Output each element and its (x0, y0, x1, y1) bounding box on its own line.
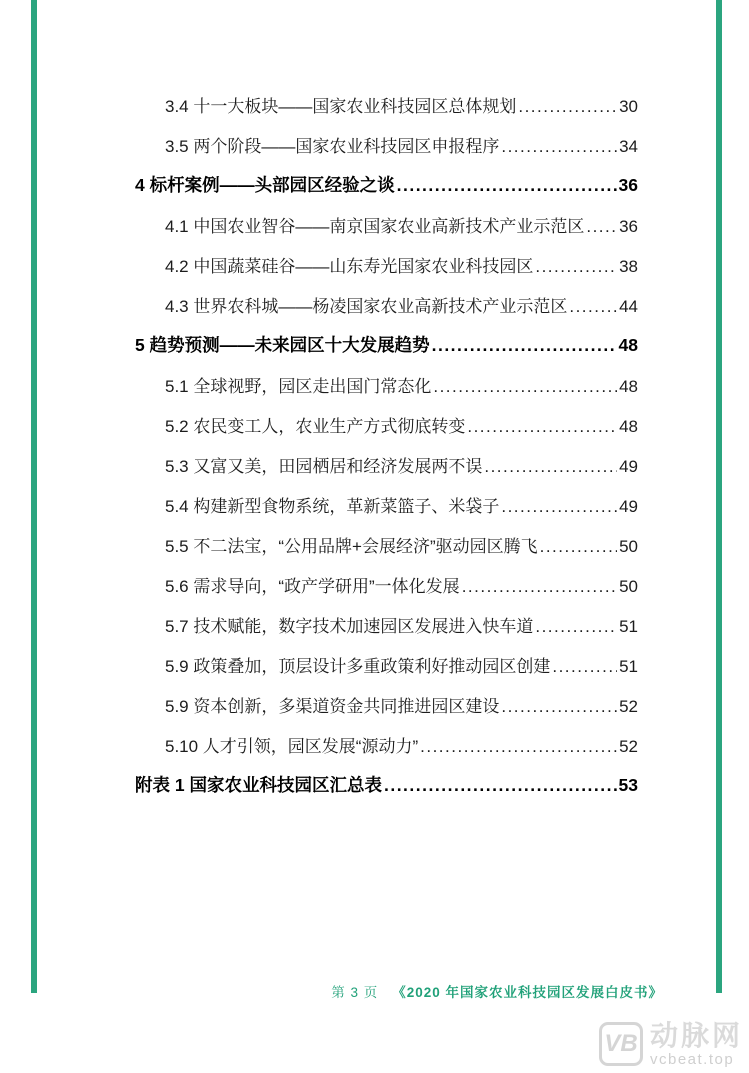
toc-leader-dots (432, 335, 617, 356)
toc-leader-dots (484, 457, 617, 477)
toc-entry[interactable]: 附表 1 国家农业科技园区汇总表 53 (135, 772, 638, 812)
toc-entry-title: 4 标杆案例——头部园区经验之谈 (135, 172, 395, 197)
right-accent-bar (716, 0, 722, 993)
vcbeat-logo-icon: VB (599, 1022, 643, 1066)
watermark-brand: 动脉网 (650, 1022, 743, 1050)
toc-entry-title: 4.1 中国农业智谷——南京国家农业高新技术产业示范区 (165, 212, 584, 237)
watermark-site: vcbeat.top (650, 1052, 743, 1067)
toc-leader-dots (467, 417, 617, 437)
toc-entry[interactable]: 5.7 技术赋能，数字技术加速园区发展进入快车道 51 (135, 612, 638, 652)
toc-entry-title: 5.5 不二法宝，“公用品牌+会展经济”驱动园区腾飞 (165, 532, 538, 557)
toc-entry[interactable]: 5.5 不二法宝，“公用品牌+会展经济”驱动园区腾飞 50 (135, 532, 638, 572)
toc-entry[interactable]: 5.9 资本创新，多渠道资金共同推进园区建设 52 (135, 692, 638, 732)
watermark-text: 动脉网 vcbeat.top (650, 1022, 743, 1067)
toc-entry[interactable]: 4.2 中国蔬菜硅谷——山东寿光国家农业科技园区 38 (135, 252, 638, 292)
vcbeat-logo-letters: VB (604, 1030, 637, 1058)
toc-leader-dots (569, 297, 617, 317)
toc-leader-dots (540, 537, 617, 557)
toc-entry[interactable]: 3.4 十一大板块——国家农业科技园区总体规划 30 (135, 92, 638, 132)
toc-entry-page: 52 (619, 697, 638, 717)
toc-entry-page: 44 (619, 297, 638, 317)
toc-entry[interactable]: 3.5 两个阶段——国家农业科技园区申报程序 34 (135, 132, 638, 172)
toc-entry-title: 5.9 资本创新，多渠道资金共同推进园区建设 (165, 692, 499, 717)
toc-entry[interactable]: 4 标杆案例——头部园区经验之谈 36 (135, 172, 638, 212)
toc-entry-page: 34 (619, 137, 638, 157)
toc-leader-dots (501, 497, 617, 517)
toc-entry[interactable]: 5.9 政策叠加，顶层设计多重政策利好推动园区创建 51 (135, 652, 638, 692)
toc-entry[interactable]: 5.6 需求导向，“政产学研用”一体化发展 50 (135, 572, 638, 612)
toc-entry-title: 5.9 政策叠加，顶层设计多重政策利好推动园区创建 (165, 652, 550, 677)
footer-book-title: 《2020 年国家农业科技园区发展白皮书》 (392, 985, 663, 1000)
toc-entry-page: 52 (619, 737, 638, 757)
table-of-contents: 3.4 十一大板块——国家农业科技园区总体规划 30 3.5 两个阶段——国家农… (135, 92, 638, 812)
toc-entry-title: 5.1 全球视野，园区走出国门常态化 (165, 372, 431, 397)
toc-leader-dots (397, 175, 617, 196)
page-footer: 第 3 页《2020 年国家农业科技园区发展白皮书》 (0, 981, 749, 1001)
toc-leader-dots (501, 137, 617, 157)
toc-leader-dots (462, 577, 617, 597)
left-accent-bar (31, 0, 37, 993)
toc-leader-dots (384, 775, 617, 796)
toc-entry[interactable]: 4.3 世界农科城——杨凌国家农业高新技术产业示范区 44 (135, 292, 638, 332)
toc-entry-title: 4.2 中国蔬菜硅谷——山东寿光国家农业科技园区 (165, 252, 533, 277)
toc-entry-title: 4.3 世界农科城——杨凌国家农业高新技术产业示范区 (165, 292, 567, 317)
vcbeat-watermark: VB 动脉网 vcbeat.top (599, 1022, 743, 1067)
toc-entry-page: 51 (619, 657, 638, 677)
toc-entry-title: 5 趋势预测——未来园区十大发展趋势 (135, 332, 430, 357)
toc-entry-page: 30 (619, 97, 638, 117)
toc-leader-dots (552, 657, 617, 677)
toc-entry-page: 49 (619, 497, 638, 517)
toc-leader-dots (586, 217, 617, 237)
toc-leader-dots (518, 97, 617, 117)
toc-entry-title: 5.7 技术赋能，数字技术加速园区发展进入快车道 (165, 612, 533, 637)
toc-entry-title: 5.10 人才引领，园区发展“源动力” (165, 732, 418, 757)
toc-leader-dots (501, 697, 617, 717)
toc-entry-page: 49 (619, 457, 638, 477)
toc-entry-title: 5.3 又富又美，田园栖居和经济发展两不误 (165, 452, 482, 477)
toc-entry-title: 3.4 十一大板块——国家农业科技园区总体规划 (165, 92, 516, 117)
toc-entry-page: 48 (619, 335, 638, 356)
toc-leader-dots (535, 257, 617, 277)
toc-entry[interactable]: 5 趋势预测——未来园区十大发展趋势 48 (135, 332, 638, 372)
toc-entry-title: 附表 1 国家农业科技园区汇总表 (135, 772, 382, 797)
toc-entry[interactable]: 4.1 中国农业智谷——南京国家农业高新技术产业示范区 36 (135, 212, 638, 252)
toc-entry-page: 51 (619, 617, 638, 637)
toc-entry[interactable]: 5.4 构建新型食物系统，革新菜篮子、米袋子 49 (135, 492, 638, 532)
toc-entry-page: 36 (619, 175, 638, 196)
toc-entry[interactable]: 5.3 又富又美，田园栖居和经济发展两不误 49 (135, 452, 638, 492)
toc-entry-title: 5.2 农民变工人，农业生产方式彻底转变 (165, 412, 465, 437)
toc-entry-title: 5.6 需求导向，“政产学研用”一体化发展 (165, 572, 460, 597)
toc-leader-dots (420, 737, 617, 757)
toc-entry[interactable]: 5.2 农民变工人，农业生产方式彻底转变 48 (135, 412, 638, 452)
toc-entry-page: 48 (619, 417, 638, 437)
toc-entry-title: 3.5 两个阶段——国家农业科技园区申报程序 (165, 132, 499, 157)
toc-entry-page: 50 (619, 577, 638, 597)
toc-entry-page: 36 (619, 217, 638, 237)
toc-leader-dots (535, 617, 617, 637)
toc-entry-title: 5.4 构建新型食物系统，革新菜篮子、米袋子 (165, 492, 499, 517)
footer-page-number: 第 3 页 (331, 985, 378, 1000)
toc-entry[interactable]: 5.1 全球视野，园区走出国门常态化 48 (135, 372, 638, 412)
toc-leader-dots (433, 377, 617, 397)
toc-entry-page: 38 (619, 257, 638, 277)
toc-entry[interactable]: 5.10 人才引领，园区发展“源动力” 52 (135, 732, 638, 772)
toc-entry-page: 48 (619, 377, 638, 397)
toc-entry-page: 53 (619, 775, 638, 796)
toc-entry-page: 50 (619, 537, 638, 557)
